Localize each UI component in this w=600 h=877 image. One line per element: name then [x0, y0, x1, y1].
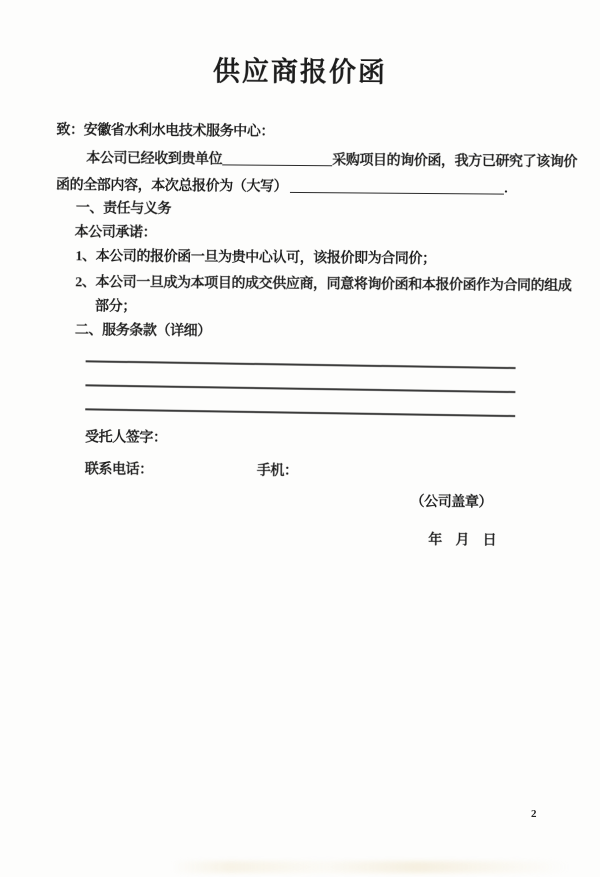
- total-price-blank-field: [290, 179, 504, 195]
- service-terms-blank-line-1: [86, 360, 516, 368]
- signer-label: 受托人签字：: [85, 429, 167, 448]
- intro-line-1-text-after: 采购项目的询价函，我方已研究了该询价: [332, 153, 577, 170]
- intro-line-2-period: .: [504, 182, 507, 197]
- phone-label: 联系电话：: [85, 461, 153, 480]
- page-number: 2: [531, 808, 537, 820]
- intro-line-1: 本公司已经收到贵单位采购项目的询价函，我方已研究了该询价: [86, 148, 577, 172]
- intro-line-2: 函的全部内容，本次总报价为（大写）.: [56, 175, 507, 199]
- section-2-heading: 二、服务条款（详细）: [75, 322, 211, 341]
- service-terms-blank-line-2: [85, 384, 515, 392]
- date-label: 年 月 日: [428, 532, 496, 551]
- section-1-heading: 一、责任与义务: [76, 200, 171, 219]
- company-seal-label: （公司盖章）: [410, 494, 492, 513]
- document-content: 供应商报价函 致：安徽省水利水电技术服务中心： 本公司已经收到贵单位采购项目的询…: [0, 0, 600, 877]
- salutation-line: 致：安徽省水利水电技术服务中心：: [56, 122, 274, 142]
- scanned-document-page: 供应商报价函 致：安徽省水利水电技术服务中心： 本公司已经收到贵单位采购项目的询…: [0, 0, 600, 877]
- company-promise-line: 本公司承诺：: [75, 224, 157, 243]
- intro-line-1-text-before: 本公司已经收到贵单位: [86, 151, 222, 167]
- responsibility-item-1: 1、本公司的报价函一旦为贵中心认可，该报价即为合同价；: [75, 248, 435, 269]
- responsibility-item-2-line-2: 部分；: [95, 298, 136, 316]
- service-terms-blank-line-3: [85, 408, 515, 416]
- mobile-label: 手机：: [257, 463, 298, 481]
- intro-line-2-text-before: 函的全部内容，本次总报价为（大写）: [56, 178, 287, 195]
- responsibility-item-2-line-1: 2、本公司一旦成为本项目的成交供应商，同意将询价函和本报价函作为合同的组成: [75, 274, 571, 296]
- project-name-blank-field: [222, 151, 332, 166]
- scan-artifact-smudge: [170, 861, 570, 873]
- document-title: 供应商报价函: [0, 48, 600, 92]
